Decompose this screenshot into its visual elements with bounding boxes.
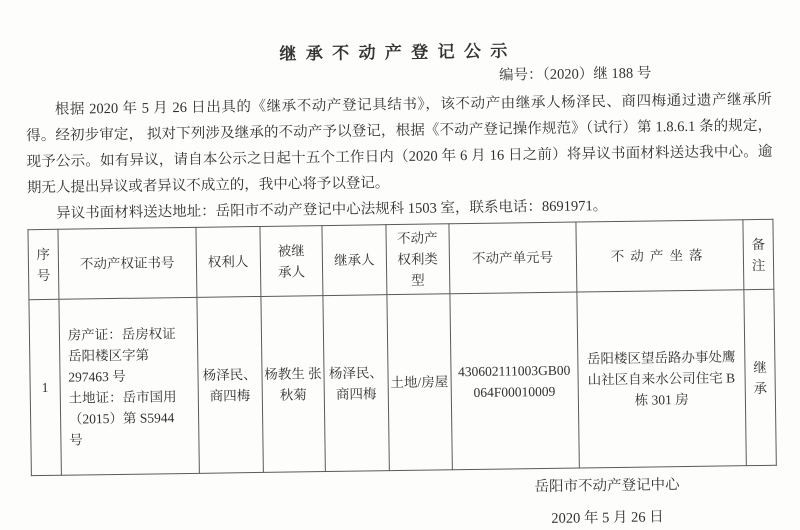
issuer-name: 岳阳市不动产登记中心 xyxy=(492,475,722,498)
cell-property-type: 土地/房屋 xyxy=(386,294,452,471)
col-header-certificate-no: 不动产权证书号 xyxy=(58,227,197,299)
col-header-decedent-label: 被继承人 xyxy=(276,240,306,282)
cell-right-holder: 杨泽民、商四梅 xyxy=(197,296,264,473)
issue-date: 2020 年 5 月 26 日 xyxy=(492,507,722,530)
cell-unit-no: 430602111003GB00064F00010009 xyxy=(450,292,579,470)
col-header-remark: 备注 xyxy=(743,219,774,289)
cell-heir: 杨泽民、商四梅 xyxy=(323,295,389,472)
col-header-right-holder: 权利人 xyxy=(196,226,261,297)
cell-remark: 继承 xyxy=(744,289,776,465)
property-table: 序号 不动产权证书号 权利人 被继承人 继承人 不动产权利类型 不动产单元号 不… xyxy=(27,219,776,476)
col-header-decedent: 被继承人 xyxy=(260,226,324,297)
col-header-property-type-label: 不动产权利类型 xyxy=(395,227,440,291)
col-header-unit-no: 不动产单元号 xyxy=(449,222,577,294)
cell-decedent: 杨教生 张秋菊 xyxy=(261,296,326,473)
scanned-notice-page: 继承不动产登记公示 编号：（2020）继 188 号 根据 2020 年 5 月… xyxy=(0,0,800,530)
certificate-line-house: 房产证：岳房权证岳阳楼区字第 297463 号 xyxy=(68,322,190,387)
cell-seq: 1 xyxy=(29,299,61,475)
cell-certificate-no: 房产证：岳房权证岳阳楼区字第 297463 号 土地证：岳市国用（2015）第 … xyxy=(59,297,199,475)
signature-block: 岳阳市不动产登记中心 2020 年 5 月 26 日 xyxy=(492,475,723,530)
col-header-seq: 序号 xyxy=(28,229,59,299)
col-header-property-type: 不动产权利类型 xyxy=(385,224,449,295)
col-header-location: 不动产坐落 xyxy=(575,220,744,292)
certificate-line-land: 土地证：岳市国用（2015）第 S5944 号 xyxy=(68,385,190,450)
cell-location: 岳阳楼区望岳路办事处鹰山社区自来水公司住宅 B 栋 301 房 xyxy=(576,290,746,468)
table-row: 1 房产证：岳房权证岳阳楼区字第 297463 号 土地证：岳市国用（2015）… xyxy=(29,289,776,475)
col-header-heir: 继承人 xyxy=(322,225,386,296)
notice-body-paragraph: 根据 2020 年 5 月 26 日出具的《继承不动产登记具结书》，该不动产由继… xyxy=(26,87,773,201)
table-header-row: 序号 不动产权证书号 权利人 被继承人 继承人 不动产权利类型 不动产单元号 不… xyxy=(28,219,774,299)
